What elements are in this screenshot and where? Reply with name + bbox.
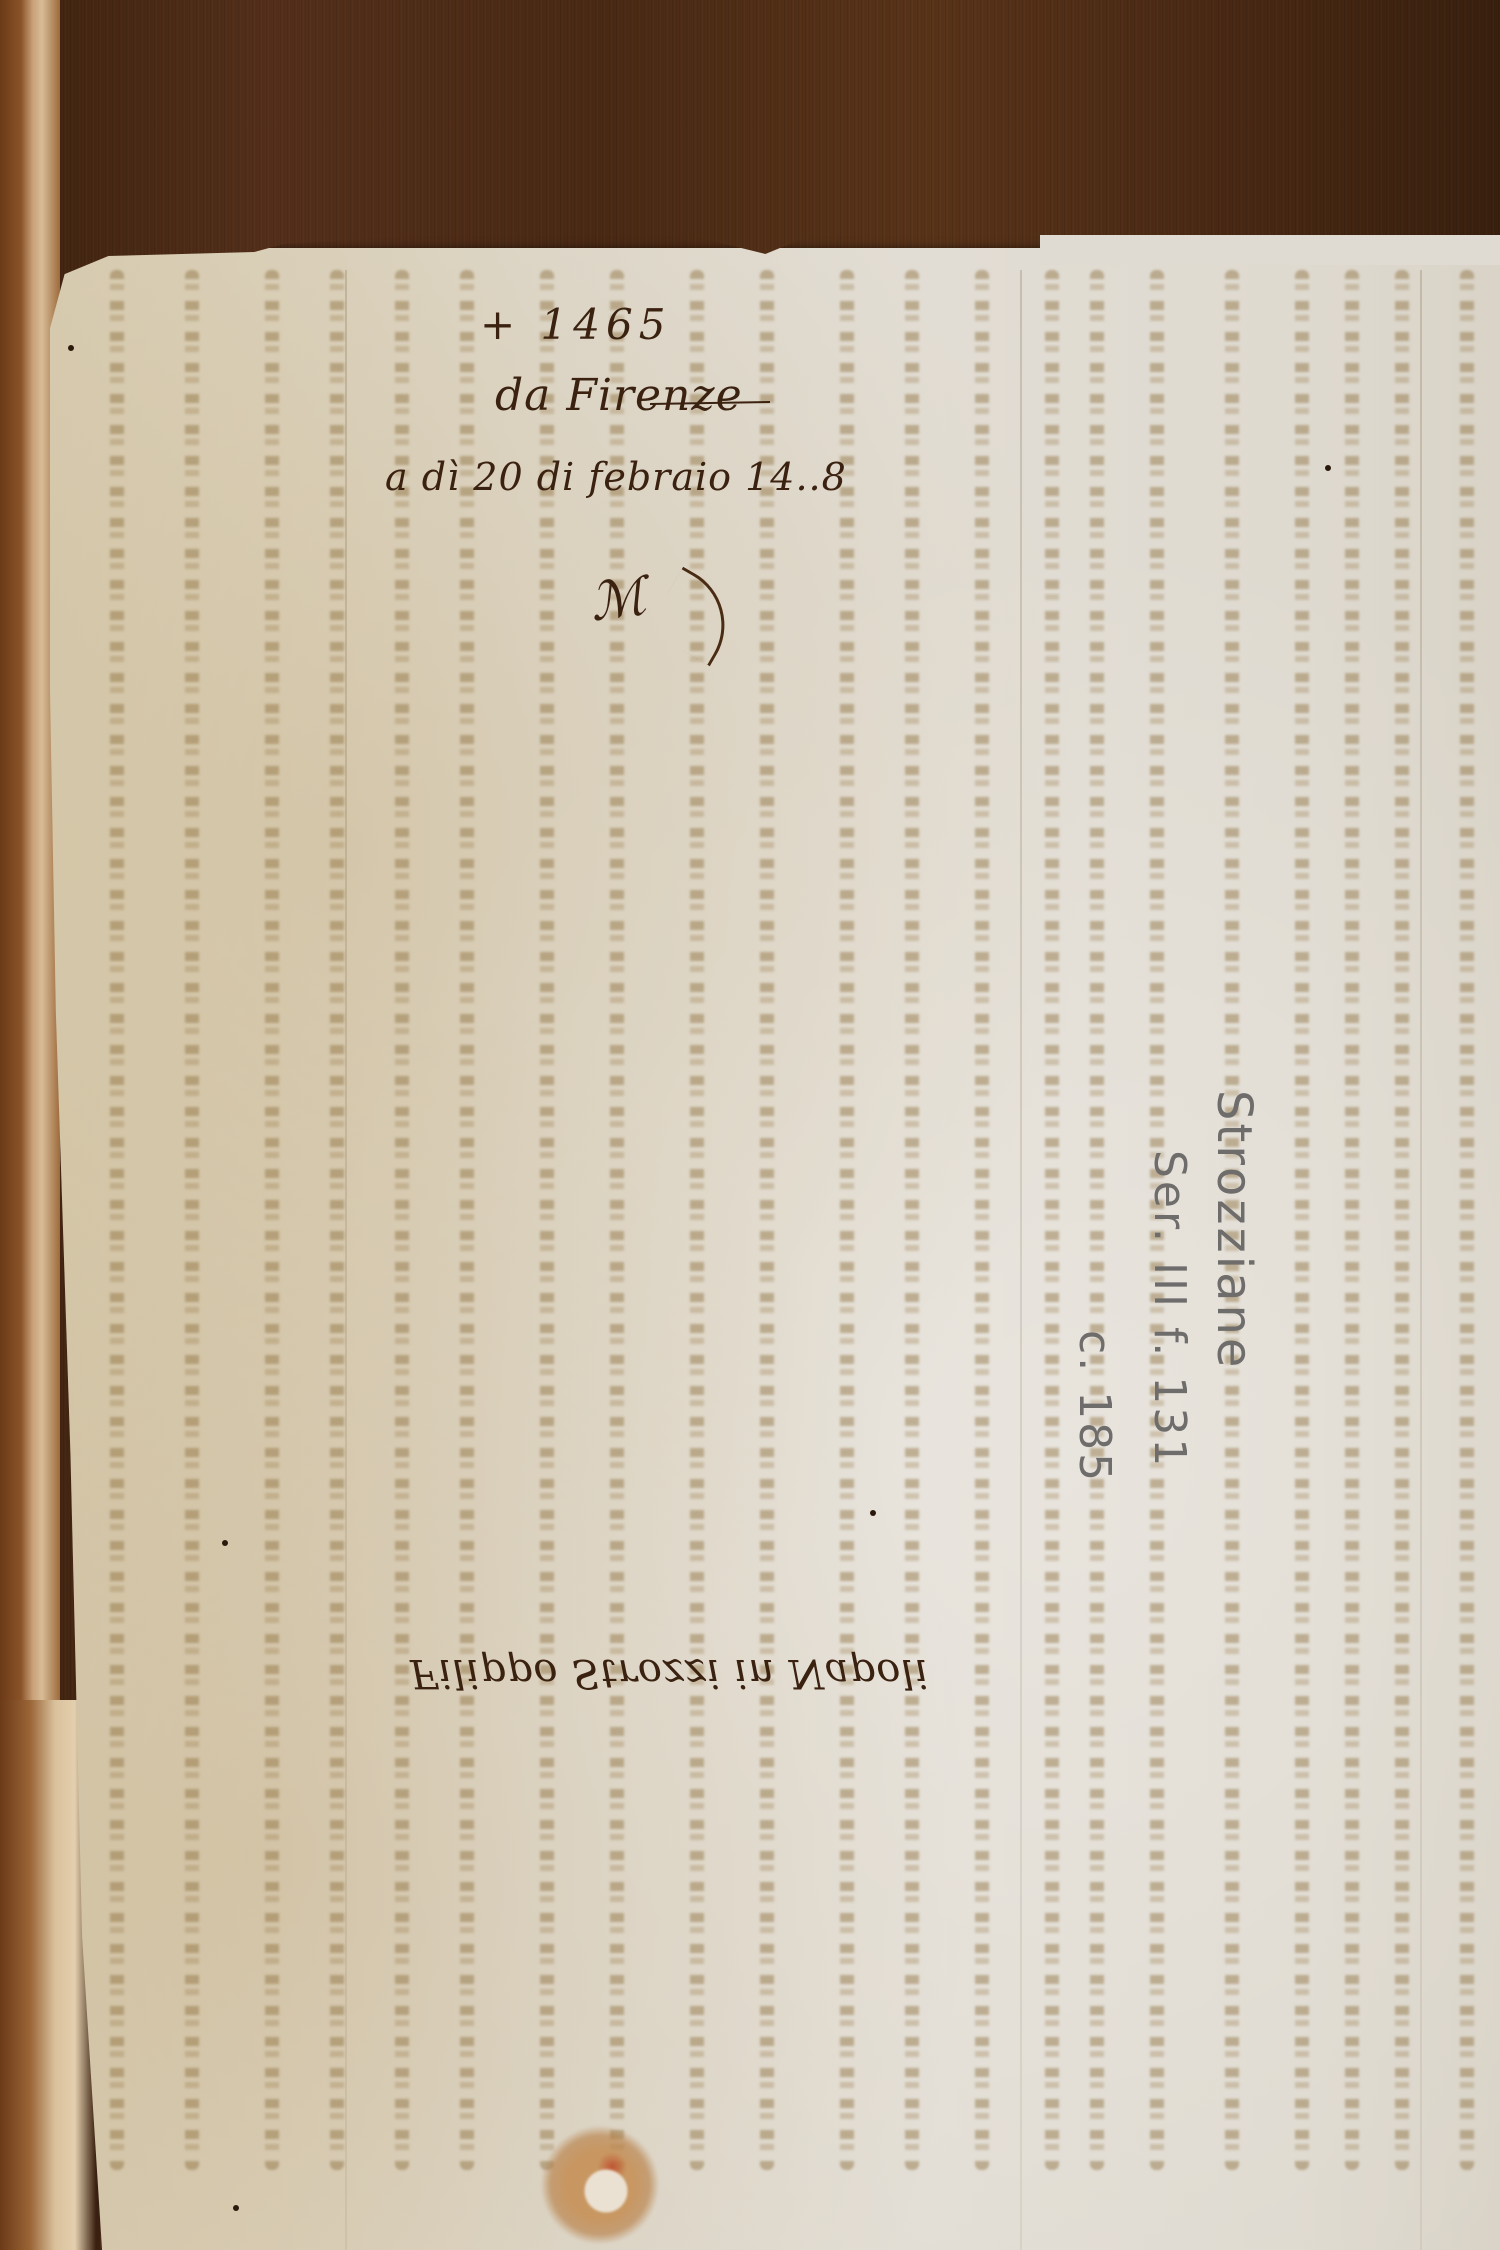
photograph-scene: + 1465 da Firenze a dì 20 di febraio 14.…	[0, 0, 1500, 2250]
show-through-column	[760, 270, 774, 2170]
fold-line	[345, 270, 347, 2250]
ink-speck	[1325, 465, 1331, 471]
show-through-column	[1090, 270, 1104, 2170]
show-through-column	[1045, 270, 1059, 2170]
show-through-column	[185, 270, 199, 2170]
show-through-column	[540, 270, 554, 2170]
show-through-column	[1460, 270, 1474, 2170]
show-through-column	[1295, 270, 1309, 2170]
show-through-column	[1395, 270, 1409, 2170]
archive-collection-label: Strozziane	[1206, 1090, 1262, 1370]
show-through-column	[690, 270, 704, 2170]
show-through-column	[610, 270, 624, 2170]
merchant-mark-icon: ℳ	[586, 566, 649, 633]
archive-carta-number: c. 185	[1069, 1330, 1120, 1484]
show-through-column	[975, 270, 989, 2170]
show-through-column	[395, 270, 409, 2170]
ink-speck	[870, 1510, 876, 1516]
address-line: Filippo Strozzi in Napoli	[410, 1650, 929, 1696]
archive-series-folio: Ser. III f. 131	[1144, 1150, 1195, 1469]
date-notation: a dì 20 di febraio 14..8	[385, 455, 847, 499]
ink-speck	[68, 345, 74, 351]
show-through-column	[840, 270, 854, 2170]
ink-speck	[222, 1540, 228, 1546]
year-notation: + 1465	[480, 300, 671, 349]
show-through-column	[110, 270, 124, 2170]
show-through-column	[1345, 270, 1359, 2170]
show-through-column	[460, 270, 474, 2170]
fold-line	[1020, 270, 1022, 2250]
show-through-column	[905, 270, 919, 2170]
ink-speck	[233, 2205, 239, 2211]
sheet-top-fold-step	[1040, 235, 1500, 265]
fold-line	[1420, 270, 1422, 2250]
wax-seal-residue	[540, 2125, 660, 2245]
show-through-column	[330, 270, 344, 2170]
show-through-column	[265, 270, 279, 2170]
place-notation: da Firenze	[495, 370, 743, 421]
